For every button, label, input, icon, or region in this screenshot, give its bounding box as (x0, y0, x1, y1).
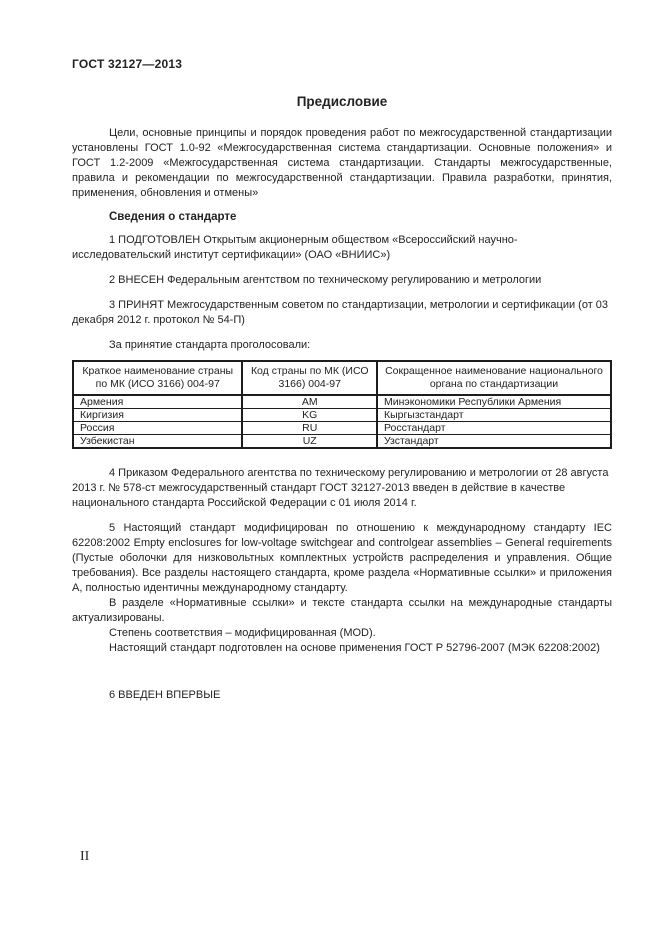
table-cell-org: Узстандарт (377, 435, 611, 449)
table-cell-code: RU (242, 422, 377, 435)
table-cell-country: Россия (73, 422, 242, 435)
standard-info-item-5-basis: Настоящий стандарт подготовлен на основе… (72, 641, 612, 656)
standard-info-item-2: 2 ВНЕСЕН Федеральным агентством по техни… (72, 273, 612, 288)
table-cell-code: AM (242, 395, 377, 409)
table-header-org: Сокращенное наименование национального о… (377, 361, 611, 395)
table-cell-org: Минэкономики Республики Армения (377, 395, 611, 409)
page-number: II (80, 849, 89, 865)
table-row: Узбекистан UZ Узстандарт (73, 435, 611, 449)
table-cell-org: Росстандарт (377, 422, 611, 435)
table-row: Киргизия KG Кыргызстандарт (73, 409, 611, 422)
table-cell-country: Армения (73, 395, 242, 409)
table-cell-code: KG (242, 409, 377, 422)
document-page: ГОСТ 32127—2013 Предисловие Цели, основн… (72, 0, 612, 703)
vote-intro: За принятие стандарта проголосовали: (72, 338, 612, 353)
page-title: Предисловие (72, 94, 612, 109)
preface-paragraph-goals: Цели, основные принципы и порядок провед… (72, 126, 612, 201)
standard-info-item-5-references: В разделе «Нормативные ссылки» и тексте … (72, 596, 612, 626)
standard-info-item-1: 1 ПОДГОТОВЛЕН Открытым акционерным общес… (72, 233, 612, 263)
table-cell-country: Киргизия (73, 409, 242, 422)
standard-info-item-3: 3 ПРИНЯТ Межгосударственным советом по с… (72, 298, 612, 328)
standard-info-item-5: 5 Настоящий стандарт модифицирован по от… (72, 521, 612, 596)
table-header-country: Краткое наименование страны по МК (ИСО 3… (73, 361, 242, 395)
table-cell-org: Кыргызстандарт (377, 409, 611, 422)
vote-table: Краткое наименование страны по МК (ИСО 3… (72, 360, 612, 449)
table-row: Армения AM Минэкономики Республики Армен… (73, 395, 611, 409)
table-header-row: Краткое наименование страны по МК (ИСО 3… (73, 361, 611, 395)
standard-info-item-4: 4 Приказом Федерального агентства по тех… (72, 466, 612, 511)
standard-info-item-6: 6 ВВЕДЕН ВПЕРВЫЕ (72, 688, 612, 703)
table-cell-country: Узбекистан (73, 435, 242, 449)
standard-info-heading: Сведения о стандарте (72, 211, 612, 223)
standard-info-item-5-conformity: Степень соответствия – модифицированная … (72, 626, 612, 641)
table-header-code: Код страны по МК (ИСО 3166) 004-97 (242, 361, 377, 395)
table-row: Россия RU Росстандарт (73, 422, 611, 435)
table-cell-code: UZ (242, 435, 377, 449)
doc-number: ГОСТ 32127—2013 (72, 57, 612, 71)
